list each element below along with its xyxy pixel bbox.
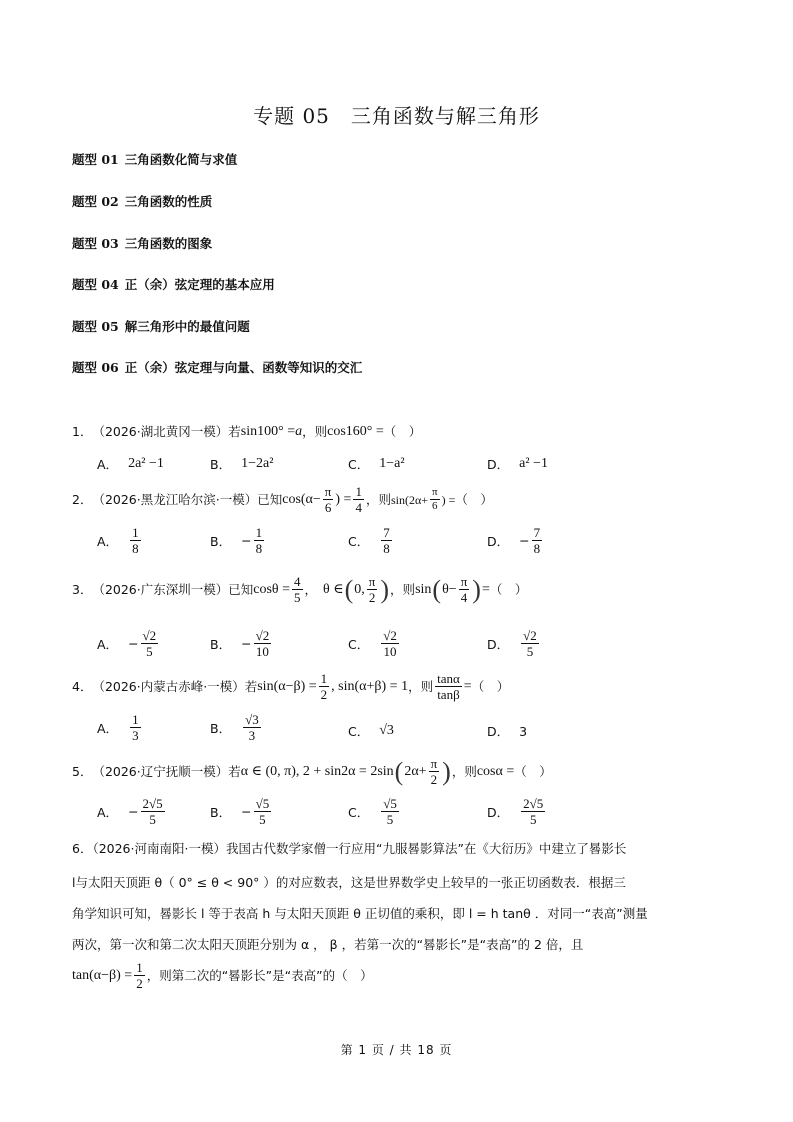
q2-option-b[interactable]: B．−18: [210, 525, 266, 556]
q1-option-d[interactable]: D．a² −1: [487, 455, 548, 473]
q2-option-a[interactable]: A．18: [97, 525, 143, 556]
question-2-stem: 2．（2026·黑龙江哈尔滨·一模） 已知 cos(α− π6 ) = 14 ，…: [72, 484, 493, 515]
q1-option-a[interactable]: A．2a² −1: [97, 455, 164, 473]
q1-option-c[interactable]: C．1−a²: [348, 455, 405, 473]
q4-option-b[interactable]: B．√33: [210, 712, 263, 743]
page-number: 第 1 页 / 共 18 页: [0, 1041, 793, 1058]
q4-option-a[interactable]: A．13: [97, 712, 143, 743]
q3-option-a[interactable]: A．−√25: [97, 628, 160, 659]
toc-item-01: 题型 01三角函数化简与求值: [72, 150, 237, 168]
q3-option-d[interactable]: D．√25: [487, 628, 541, 659]
question-1-stem: 1．（2026·湖北黄冈一模） 若 sin100° = a ，则 cos160°…: [72, 423, 421, 441]
q5-option-b[interactable]: B．−√55: [210, 796, 273, 827]
q4-option-c[interactable]: C．√3: [348, 722, 394, 740]
q5-option-d[interactable]: D．2√55: [487, 796, 547, 827]
question-6-line-2: l与太阳天顶距 θ（ 0° ≤ θ < 90° ）的对应数表，这是世界数学史上较…: [72, 874, 626, 892]
page-title: 专题 05 三角函数与解三角形: [0, 100, 793, 129]
toc-item-06: 题型 06正（余）弦定理与向量、函数等知识的交汇: [72, 358, 362, 376]
question-6-line-4: 两次，第一次和第二次太阳天顶距分别为 α ， β ，若第一次的“晷影长”是“表高…: [72, 936, 583, 954]
q1-option-b[interactable]: B．1−2a²: [210, 455, 273, 473]
question-4-stem: 4．（2026·内蒙古赤峰·一模） 若 sin(α−β) = 12 , sin(…: [72, 671, 509, 702]
q5-option-c[interactable]: C．√55: [348, 796, 401, 827]
q5-option-a[interactable]: A．−2√55: [97, 796, 167, 827]
toc-item-04: 题型 04正（余）弦定理的基本应用: [72, 275, 275, 293]
question-3-stem: 3．（2026·广东深圳一模） 已知 cosθ = 45 ， θ ∈ (0, π…: [72, 574, 527, 605]
q2-option-d[interactable]: D．−78: [487, 525, 544, 556]
toc-item-03: 题型 03三角函数的图象: [72, 234, 212, 252]
toc-item-05: 题型 05解三角形中的最值问题: [72, 317, 250, 335]
toc-item-02: 题型 02三角函数的性质: [72, 192, 212, 210]
q3-option-b[interactable]: B．−√210: [210, 628, 273, 659]
q2-option-c[interactable]: C．78: [348, 525, 394, 556]
q3-option-c[interactable]: C．√210: [348, 628, 401, 659]
question-5-stem: 5．（2026·辽宁抚顺一模） 若 α ∈ (0, π), 2 + sin2α …: [72, 756, 552, 787]
q4-option-d[interactable]: D．3: [487, 722, 527, 740]
question-6-line-5: tan(α−β) = 12 ，则第二次的“晷影长”是“表高”的（ ）: [72, 960, 373, 991]
question-6-line-1: 6．（2026·河南南阳·一模）我国古代数学家僧一行应用“九服晷影算法”在《大衍…: [72, 840, 626, 858]
question-6-line-3: 角学知识可知，晷影长 l 等于表高 h 与太阳天顶距 θ 正切值的乘积，即 l …: [72, 905, 648, 923]
